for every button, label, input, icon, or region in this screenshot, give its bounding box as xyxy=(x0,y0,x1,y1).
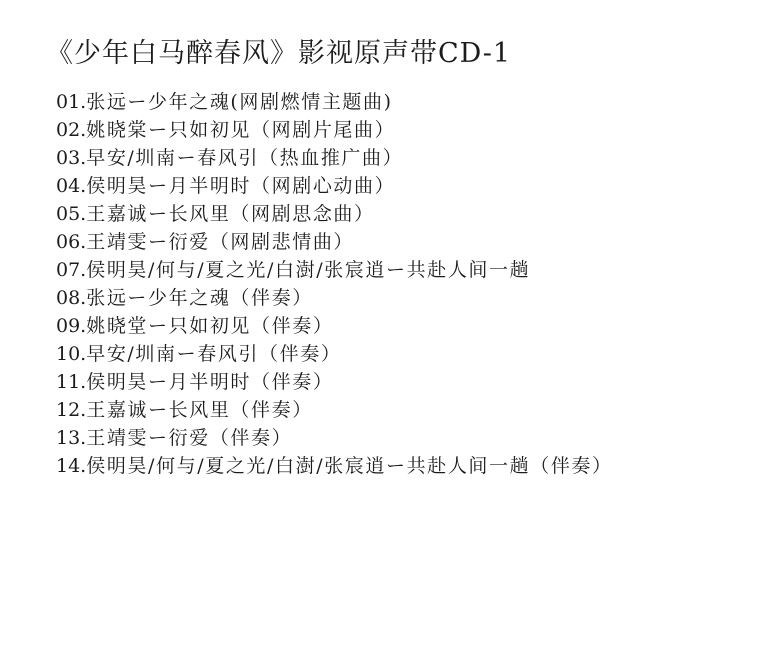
track-title: 王靖雯ー衍爱（伴奏） xyxy=(86,427,292,449)
track-item: 01.张远ー少年之魂(网剧燃情主题曲) xyxy=(56,88,613,116)
track-title: 早安/圳南ー春风引（伴奏） xyxy=(86,343,341,365)
track-item: 06.王靖雯ー衍爱（网剧悲情曲） xyxy=(56,228,613,256)
album-title: 《少年白马醉春风》影视原声带CD-1 xyxy=(46,34,511,74)
track-item: 14.侯明昊/何与/夏之光/白澍/张宸逍ー共赴人间一趟（伴奏） xyxy=(56,452,613,480)
track-number: 07. xyxy=(56,259,86,281)
track-number: 14. xyxy=(56,455,86,477)
track-item: 12.王嘉诚ー长风里（伴奏） xyxy=(56,396,613,424)
track-title: 姚晓棠ー只如初见（网剧片尾曲） xyxy=(86,119,395,141)
track-title: 早安/圳南ー春风引（热血推广曲） xyxy=(86,147,403,169)
track-title: 王嘉诚ー长风里（伴奏） xyxy=(86,399,313,421)
track-number: 06. xyxy=(56,231,86,253)
track-title: 侯明昊ー月半明时（网剧心动曲） xyxy=(86,175,395,197)
track-item: 09.姚晓堂ー只如初见（伴奏） xyxy=(56,312,613,340)
track-item: 02.姚晓棠ー只如初见（网剧片尾曲） xyxy=(56,116,613,144)
track-list: 01.张远ー少年之魂(网剧燃情主题曲) 02.姚晓棠ー只如初见（网剧片尾曲） 0… xyxy=(56,88,613,480)
track-title: 侯明昊/何与/夏之光/白澍/张宸逍ー共赴人间一趟（伴奏） xyxy=(86,455,612,477)
track-number: 12. xyxy=(56,399,86,421)
track-title: 王靖雯ー衍爱（网剧悲情曲） xyxy=(86,231,354,253)
track-title: 侯明昊ー月半明时（伴奏） xyxy=(86,371,333,393)
track-title: 王嘉诚ー长风里（网剧思念曲） xyxy=(86,203,374,225)
track-item: 08.张远ー少年之魂（伴奏） xyxy=(56,284,613,312)
track-number: 10. xyxy=(56,343,86,365)
track-number: 01. xyxy=(56,91,86,113)
track-item: 10.早安/圳南ー春风引（伴奏） xyxy=(56,340,613,368)
track-item: 07.侯明昊/何与/夏之光/白澍/张宸逍ー共赴人间一趟 xyxy=(56,256,613,284)
track-number: 03. xyxy=(56,147,86,169)
track-number: 11. xyxy=(56,371,86,393)
track-item: 03.早安/圳南ー春风引（热血推广曲） xyxy=(56,144,613,172)
track-number: 09. xyxy=(56,315,86,337)
track-title: 张远ー少年之魂(网剧燃情主题曲) xyxy=(86,91,392,113)
track-item: 04.侯明昊ー月半明时（网剧心动曲） xyxy=(56,172,613,200)
track-item: 13.王靖雯ー衍爱（伴奏） xyxy=(56,424,613,452)
track-title: 侯明昊/何与/夏之光/白澍/张宸逍ー共赴人间一趟 xyxy=(86,259,530,281)
track-item: 11.侯明昊ー月半明时（伴奏） xyxy=(56,368,613,396)
track-title: 姚晓堂ー只如初见（伴奏） xyxy=(86,315,333,337)
track-item: 05.王嘉诚ー长风里（网剧思念曲） xyxy=(56,200,613,228)
track-title: 张远ー少年之魂（伴奏） xyxy=(86,287,313,309)
track-number: 04. xyxy=(56,175,86,197)
track-number: 08. xyxy=(56,287,86,309)
track-number: 05. xyxy=(56,203,86,225)
track-number: 13. xyxy=(56,427,86,449)
track-number: 02. xyxy=(56,119,86,141)
